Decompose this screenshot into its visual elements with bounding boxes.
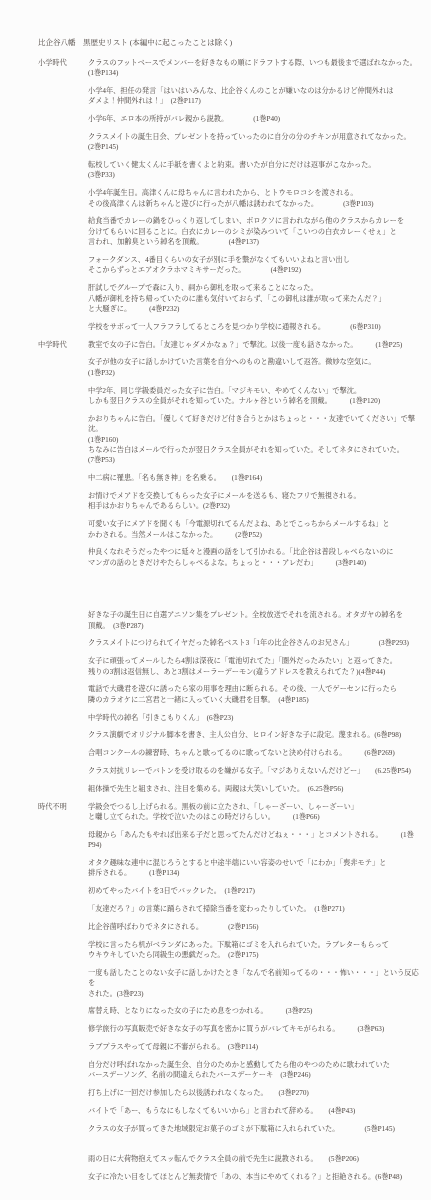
history-entry: クラスメイトにつけられてイヤだった綽名ベスト3「1年の比企谷さんのお兄さん」 (… [88, 638, 425, 648]
section-middle-school: 中学時代教室で女の子に告白。「友達じゃダメかなぁ？」で撃沈。以後一度も話さなかっ… [38, 340, 425, 802]
history-entry: 女子が他の女子に話しかけていた言葉を自分へのものと勘違いして返答。微妙な空気に。… [88, 357, 425, 378]
history-entry: 合唱コンクールの練習時、ちゃんと歌ってるのに歌ってないと決め付けられる。 (6巻… [88, 748, 425, 758]
history-entry: 初めてやったバイトを3日でバックレた。 (1巻P217) [88, 886, 425, 896]
section-label-elementary-school: 小学時代 [38, 58, 88, 68]
history-entry: 小学4年誕生日。高津くんに母ちゃんに言われたから、とトウモロコシを渡される。 そ… [88, 188, 425, 209]
history-entry: クラスのフットベースでメンバーを好きなもの順にドラフトする際、いつも最後まで選ば… [88, 58, 425, 79]
history-entry: クラス演劇でオリジナル脚本を書き、主人公自分、ヒロイン好きな子に設定。蔑まれる。… [88, 730, 425, 740]
history-entry: 小学4年、担任の発言「はいはいみんな、比企谷くんのことが嫌いなのは分かるけど仲間… [88, 86, 425, 107]
history-entry: 転校していく健太くんに手紙を書くよと約束。書いたが自分にだけは返事がこなかった。… [88, 160, 425, 181]
history-entry: 比企谷菌呼ばわりでネタにされる。 (2巻P156) [88, 922, 425, 932]
history-entry: クラスの女子が買ってきた地域限定お菓子のゴミが下駄箱に入れられていた。 (5巻P… [88, 1124, 425, 1134]
history-entry: クラス対抗リレーでバトンを受け取るのを嫌がる女子。「マジありえないんだけどー」 … [88, 766, 425, 776]
section-entries-era-unknown: 学級会でつるし上げられる。黒板の前に立たされ、「しゃーざーい、しゃーざーい」 と… [88, 802, 425, 1190]
section-entries-middle-school: 教室で女の子に告白。「友達じゃダメかなぁ？」で撃沈。以後一度も話さなかった。 (… [88, 340, 425, 802]
history-entry: 可愛い女子にメアドを聞くも「今電源切れてるんだよね、あとでこっちからメールするね… [88, 519, 425, 540]
section-elementary-school: 小学時代クラスのフットベースでメンバーを好きなもの順にドラフトする際、いつも最後… [38, 58, 425, 340]
history-entry: お情けでメアドを交換してもらった女子にメールを送るも、寝たフリで無視される。 相… [88, 491, 425, 512]
history-entry: バイトで「あー、もうなにもしなくてもいいから」と言われて辞める。 (4巻P43) [88, 1106, 425, 1116]
history-entry: 仲良くなれそうだったやつに延々と漫画の話をして引かれる。「比企谷は普段しゃべらな… [88, 547, 425, 568]
history-entry: 女子に冷たい目をしてほとんど無表情で「あの、本当にやめてくれる？」と拒絶される。… [88, 1172, 425, 1182]
history-entry: 中二病に罹患。「名も無き神」を名乗る。 (1巻P164) [88, 473, 425, 483]
history-entry: 雨の日に大荷物抱えてスッ転んでクラス全員の前で先生に説教される。 (5巻P206… [88, 1154, 425, 1164]
history-entry: 好きな子の誕生日に自選アニソン集をプレゼント。全校放送でそれを流される。オタガヤ… [88, 610, 425, 631]
history-entry: 学級会でつるし上げられる。黒板の前に立たされ、「しゃーざーい、しゃーざーい」 と… [88, 802, 425, 823]
history-entry: 一度も話したことのない女子に話しかけたとき「なんで名前知ってるの・・・怖い・・・… [88, 968, 425, 999]
history-entry: かおりちゃんに告白。「優しくて好きだけど付き合うとかはちょっと・・・友達でいてく… [88, 414, 425, 466]
history-entry: 学校に言ったら机がベランダにあった。下駄箱にゴミを入れられていた。ラブレターもら… [88, 940, 425, 961]
history-entry: 肝試しでグループで森に入り、祠から御札を取って来ることになった。 八幡が御札を持… [88, 283, 425, 314]
section-entries-elementary-school: クラスのフットベースでメンバーを好きなもの順にドラフトする際、いつも最後まで選ば… [88, 58, 425, 340]
history-entry: 母親から「あんたもやれば出来る子だと思ってたんだけどねぇ・・・」とコメントされる… [88, 830, 425, 851]
history-entry: 教室で女の子に告白。「友達じゃダメかなぁ？」で撃沈。以後一度も話さなかった。 (… [88, 340, 425, 350]
history-entry: クラスメイトの誕生日会、プレゼントを持っていったのに自分の分のチキンが用意されて… [88, 132, 425, 153]
document-page: 比企谷八幡 黒歴史リスト (本編中に起こったことは除く) 小学時代クラスのフット… [0, 0, 431, 1190]
history-entry: 女子に頑張ってメールしたら4割は深夜に「電池切れてた」「圏外だったみたい」と返っ… [88, 656, 425, 677]
history-entry: 修学旅行の写真販売で好きな女子の写真を密かに買うがバレてキモがられる。 (3巻P… [88, 1024, 425, 1034]
history-entry: オタク趣味な連中に混じろうとすると中途半端にいい容姿のせいで「にわか」「喪非モテ… [88, 858, 425, 879]
history-entry: ラブプラスやってて母親に不審がられる。 (3巻P114) [88, 1042, 425, 1052]
history-entry: 「友達だろ？」の言葉に踊らされて掃除当番を変わったりしていた。 (1巻P271) [88, 904, 425, 914]
history-entry: 中学2年、同じ学級委員だった女子に告白。「マジキモい、やめてくんない」で撃沈。 … [88, 386, 425, 407]
section-label-middle-school: 中学時代 [38, 340, 88, 350]
document-title: 比企谷八幡 黒歴史リスト (本編中に起こったことは除く) [38, 38, 425, 49]
history-entry: 給食当番でカレーの鍋をひっくり返してしまい、ボロクソに言われながら他のクラスから… [88, 216, 425, 247]
history-entry: 自分だけ呼ばれなかった誕生会、自分のためかと感動してたら他のやつのために歌われて… [88, 1060, 425, 1081]
history-entry: 席替え時、となりになった女の子にため息をつかれる。 (3巻P25) [88, 1006, 425, 1016]
history-entry: 学校をサボって一人フラフラしてるところを見つかり学校に通報される。 (6巻P31… [88, 322, 425, 332]
history-list: 小学時代クラスのフットベースでメンバーを好きなもの順にドラフトする際、いつも最後… [38, 58, 425, 1190]
history-entry: 組体操で先生と組まされ、注目を集める。両親は大笑いしていた。 (6.25巻P56… [88, 784, 425, 794]
history-entry: 電話で大磯君を遊びに誘ったら家の用事を理由に断られる。その後、一人でゲーセンに行… [88, 684, 425, 705]
history-entry: 小学6年、エロ本の所持がバレ親から説教。 (1巻P40) [88, 114, 425, 124]
section-era-unknown: 時代不明学級会でつるし上げられる。黒板の前に立たされ、「しゃーざーい、しゃーざー… [38, 802, 425, 1190]
history-entry: フォークダンス、4番目くらいの女子が別に手を繋がなくてもいいよねと言い出し そこ… [88, 255, 425, 276]
section-label-era-unknown: 時代不明 [38, 802, 88, 812]
history-entry: 中学時代の綽名「引きこもりくん」 (6巻P23) [88, 713, 425, 723]
history-entry: 打ち上げに一回だけ参加したら以後誘われなくなった。 (3巻P270) [88, 1088, 425, 1098]
